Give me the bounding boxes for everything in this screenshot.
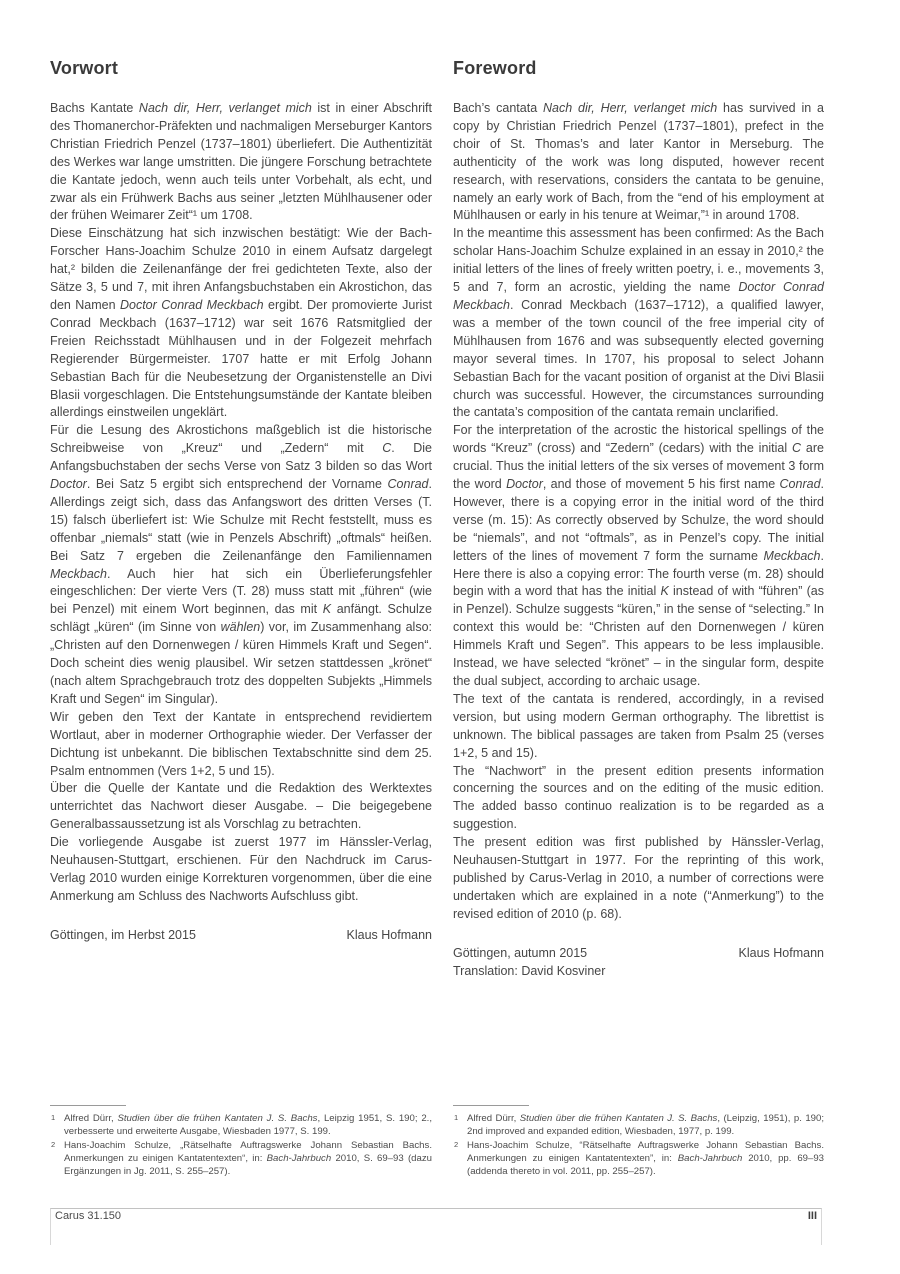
footnote-text: Alfred Dürr, Studien über die frühen Kan… [64,1113,432,1137]
footnote-text: Hans-Joachim Schulze, „Rätselhafte Auftr… [64,1140,432,1177]
footnote-list-english: 1Alfred Dürr, Studien über die frühen Ka… [453,1113,824,1179]
catalog-number: Carus 31.150 [55,1210,121,1222]
paragraph: For the interpretation of the acrostic t… [453,422,824,691]
paragraph: Die vorliegende Ausgabe ist zuerst 1977 … [50,834,432,906]
signature-line-english: Göttingen, autumn 2015 Klaus Hofmann [453,945,824,963]
paragraph: Diese Einschätzung hat sich inzwischen b… [50,225,432,422]
footnote-marker: 2 [51,1139,55,1152]
footnote-text: Hans-Joachim Schulze, “Rätselhafte Auftr… [467,1140,824,1177]
paragraph: The “Nachwort” in the present edition pr… [453,763,824,835]
document-page: Vorwort Bachs Kantate Nach dir, Herr, ve… [0,0,900,1274]
signature-line-german: Göttingen, im Herbst 2015 Klaus Hofmann [50,927,432,945]
paragraph: Bachs Kantate Nach dir, Herr, verlanget … [50,100,432,225]
paragraph: The present edition was first published … [453,834,824,924]
paragraph: Bach’s cantata Nach dir, Herr, verlanget… [453,100,824,225]
signature-author-english: Klaus Hofmann [739,945,824,963]
signature-place-date-english: Göttingen, autumn 2015 [453,945,587,963]
footnote-text: Alfred Dürr, Studien über die frühen Kan… [467,1113,824,1137]
signature-place-date-german: Göttingen, im Herbst 2015 [50,927,196,945]
english-body-text: Bach’s cantata Nach dir, Herr, verlanget… [453,100,824,924]
signature-author-german: Klaus Hofmann [347,927,432,945]
translation-credit: Translation: David Kosviner [453,963,824,981]
german-body-text: Bachs Kantate Nach dir, Herr, verlanget … [50,100,432,906]
footnote-list-german: 1Alfred Dürr, Studien über die frühen Ka… [50,1113,432,1179]
vorwort-column: Vorwort Bachs Kantate Nach dir, Herr, ve… [50,57,432,945]
paragraph: Für die Lesung des Akrostichons maßgebli… [50,422,432,709]
footnote-separator-english [453,1105,529,1106]
paragraph: Über die Quelle der Kantate und die Reda… [50,780,432,834]
footnote: 1Alfred Dürr, Studien über die frühen Ka… [453,1113,824,1139]
footnote-marker: 2 [454,1139,458,1152]
footnote: 2Hans-Joachim Schulze, „Rätselhafte Auft… [50,1140,432,1179]
footnote: 2Hans-Joachim Schulze, “Rätselhafte Auft… [453,1140,824,1179]
footnote: 1Alfred Dürr, Studien über die frühen Ka… [50,1113,432,1139]
heading-foreword: Foreword [453,57,824,79]
footnote-marker: 1 [454,1112,458,1125]
page-number: III [808,1210,817,1222]
footnote-marker: 1 [51,1112,55,1125]
footnote-separator-german [50,1105,126,1106]
heading-vorwort: Vorwort [50,57,432,79]
page-footer: Carus 31.150 III [50,1208,822,1245]
paragraph: The text of the cantata is rendered, acc… [453,691,824,763]
footnotes-english: 1Alfred Dürr, Studien über die frühen Ka… [453,1105,824,1180]
paragraph: Wir geben den Text der Kantate in entspr… [50,709,432,781]
paragraph: In the meantime this assessment has been… [453,225,824,422]
footnotes-german: 1Alfred Dürr, Studien über die frühen Ka… [50,1105,432,1180]
foreword-column: Foreword Bach’s cantata Nach dir, Herr, … [453,57,824,981]
